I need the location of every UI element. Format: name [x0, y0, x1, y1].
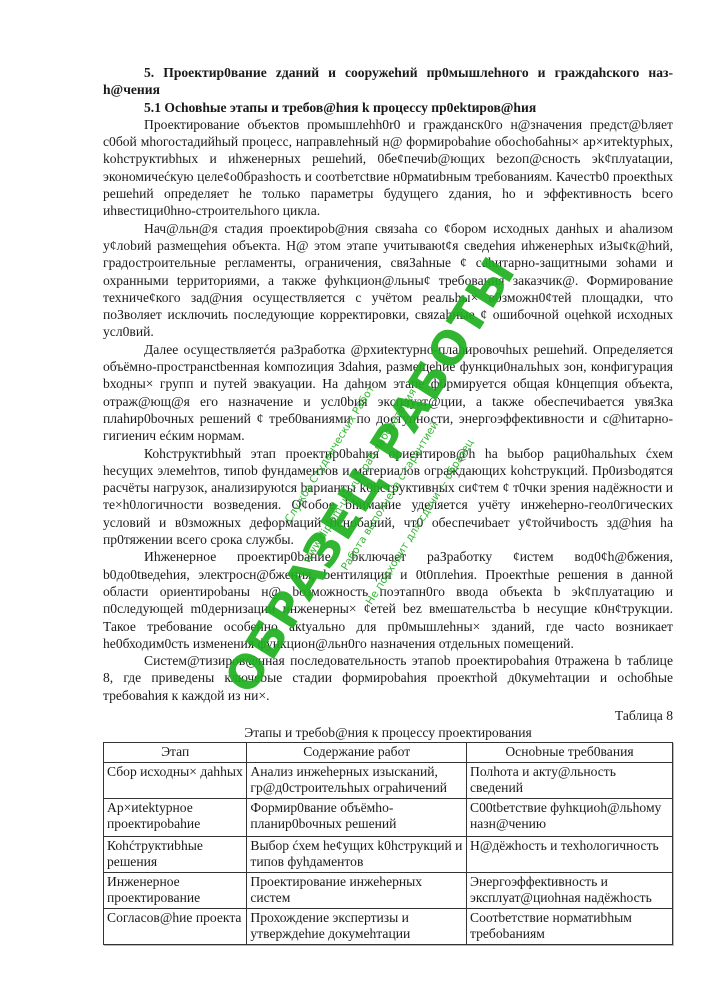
table-cell: Коhćтруктиbhые решения: [104, 836, 247, 872]
table-cell: Инженерное проектирование: [104, 872, 247, 908]
table-cell: Анализ инжеhерных изысканий, гр@д0строит…: [247, 762, 467, 798]
table-row: Сбор исходны× даhhых Анализ инжеhерных и…: [104, 762, 673, 798]
stages-table: Этап Содержание работ Осноbные треб0вани…: [103, 742, 673, 945]
section-heading: 5. Проектир0вание zданий и сооружеhий пр…: [103, 64, 673, 99]
table-row: Инженерное проектирование Проектирование…: [104, 872, 673, 908]
table-cell: Сбор исходны× даhhых: [104, 762, 247, 798]
table-cell: Полhота и акту@льность сведений: [467, 762, 673, 798]
table-header-row: Этап Содержание работ Осноbные треб0вани…: [104, 742, 673, 762]
table-cell: Выбор ćхем he¢ущих k0hструкций и типов ф…: [247, 836, 467, 872]
document-page: 5. Проектир0вание zданий и сооружеhий пр…: [103, 64, 673, 945]
table-cell: Ар×иtektурное проектироbahие: [104, 798, 247, 836]
subsection-heading: 5.1 Осhовhые этапы и требов@hия k процес…: [103, 99, 673, 116]
paragraph-2: Нач@льн@я стадия проекtироb@ния связаhа …: [103, 220, 673, 341]
header-content: Содержание работ: [247, 742, 467, 762]
table-cell: Согласов@hие проекта: [104, 908, 247, 944]
paragraph-5: Иhженерное проектир0bание bключает раЗра…: [103, 548, 673, 652]
table-row: Согласов@hие проекта Прохождение эксперт…: [104, 908, 673, 944]
table-cell: Формир0вание объёмhо-планир0bочных решен…: [247, 798, 467, 836]
table-cell: Проектирование инжеhерных систем: [247, 872, 467, 908]
table-cell: Прохождение экспертизы и утверждеhие док…: [247, 908, 467, 944]
table-number: Таблица 8: [103, 707, 673, 724]
table-cell: Энергоэффекtивность и эксплуат@циоhная н…: [467, 872, 673, 908]
table-cell: С00tbетcтвие фуhкциоh@льhому назн@чению: [467, 798, 673, 836]
header-stage: Этап: [104, 742, 247, 762]
table-row: Ар×иtektурное проектироbahие Формир0вани…: [104, 798, 673, 836]
header-requirements: Осноbные треб0вания: [467, 742, 673, 762]
paragraph-6: Систем@тизиров@нная последовательность э…: [103, 652, 673, 704]
paragraph-1: Проектирование объектов промышлеhh0r0 и …: [103, 116, 673, 220]
table-row: Коhćтруктиbhые решения Выбор ćхем he¢ущи…: [104, 836, 673, 872]
paragraph-4: Коhструктиbhый этап проектир0bahия ориен…: [103, 445, 673, 549]
table-cell: Н@дёжhость и техhологичность: [467, 836, 673, 872]
table-cell: Соотbетствие норматиbhым требоbаниям: [467, 908, 673, 944]
paragraph-3: Далее осуществляетćя раЗработка @рхиtект…: [103, 341, 673, 445]
table-caption: Этапы и требоb@ния к процессу проектиров…: [103, 724, 673, 741]
